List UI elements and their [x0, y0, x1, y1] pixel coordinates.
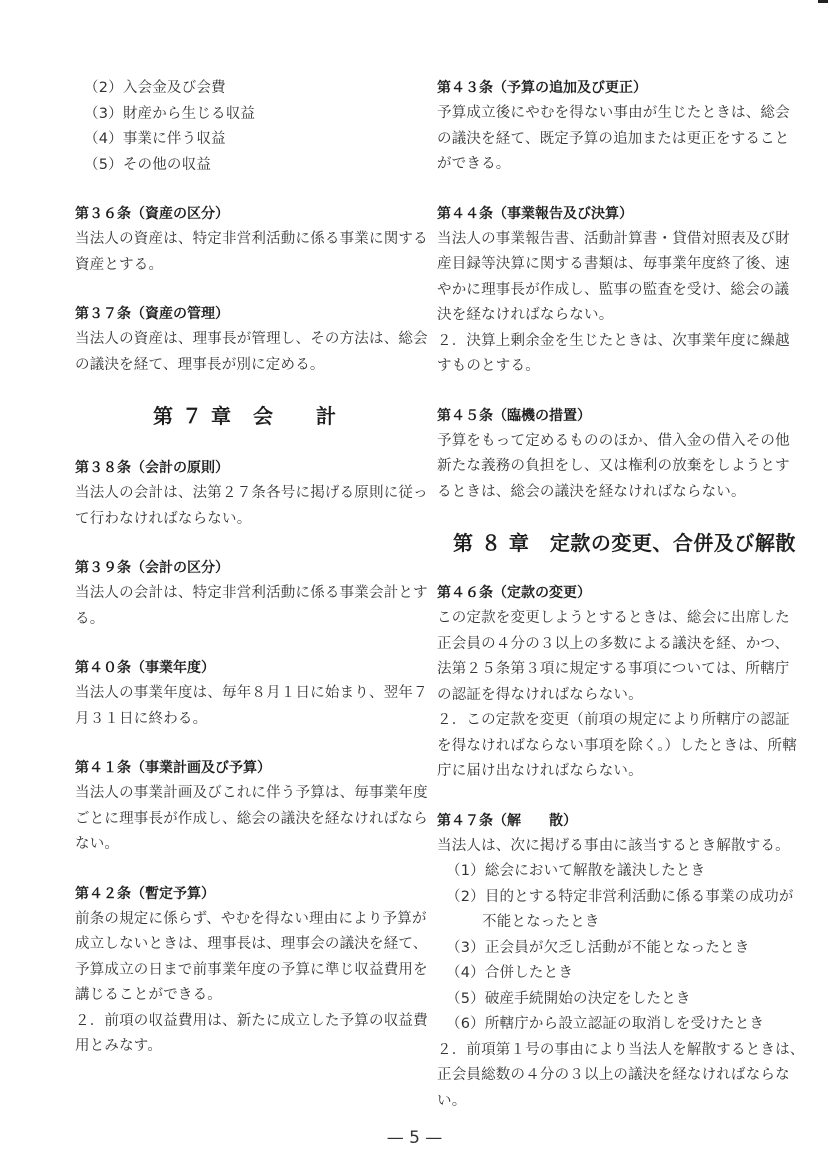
article-text: 当法人の会計は、特定非営利活動に係る事業会計とす [75, 581, 415, 607]
article-42: 第４２条（暫定予算） 前条の規定に係らず、やむを得ない理由により予算が 成立しな… [75, 882, 415, 1060]
article-text: 当法人の資産は、理事長が管理し、その方法は、総会 [75, 327, 415, 353]
scan-corner-mark [818, 0, 828, 3]
article-title: 第４３条（予算の追加及び更正） [437, 76, 782, 101]
article-text: 成立しないときは、理事長は、理事会の議決を経て、 [75, 932, 415, 958]
income-list: （2）入会金及び会費 （3）財産から生じる収益 （4）事業に伴う収益 （5）その… [75, 76, 415, 178]
right-column: 第４３条（予算の追加及び更正） 予算成立後にやむを得ない事由が生じたときは、総会… [437, 76, 782, 1114]
article-text: 当法人の会計は、法第２７条各号に掲げる原則に従っ [75, 481, 415, 507]
article-45: 第４５条（臨機の措置） 予算をもって定めるもののほか、借入金の借入その他 新たな… [437, 404, 782, 506]
article-text: ができる。 [437, 152, 782, 178]
list-item: （5）その他の収益 [75, 153, 415, 179]
article-title: 第４２条（暫定予算） [75, 882, 415, 907]
article-text: い。 [437, 1089, 782, 1115]
article-text: 法第２５条第３項に規定する事項については、所轄庁 [437, 657, 782, 683]
chapter-heading-8: 第 ８ 章 定款の変更、合併及び解散 [453, 529, 782, 557]
article-text: 予算成立の日まで前事業年度の予算に準じ収益費用を [75, 958, 415, 984]
article-title: 第４６条（定款の変更） [437, 581, 782, 606]
page-number: — 5 — [0, 1128, 829, 1148]
article-text: るときは、総会の議決を経なければならない。 [437, 480, 782, 506]
article-text: 当法人の事業報告書、活動計算書・貸借対照表及び財 [437, 227, 782, 253]
article-37: 第３７条（資産の管理） 当法人の資産は、理事長が管理し、その方法は、総会 の議決… [75, 302, 415, 378]
article-text: 産目録等決算に関する書類は、毎事業年度終了後、速 [437, 252, 782, 278]
article-text: やかに理事長が作成し、監事の監査を受け、総会の議 [437, 278, 782, 304]
article-text: 新たな義務の負担をし、又は権利の放棄をしようとす [437, 454, 782, 480]
article-text: すものとする。 [437, 354, 782, 380]
article-text: ごとに理事長が作成し、総会の議決を経なければなら [75, 807, 415, 833]
document-page: （2）入会金及び会費 （3）財産から生じる収益 （4）事業に伴う収益 （5）その… [0, 0, 829, 1167]
list-item-continuation: 不能となったとき [437, 910, 782, 936]
article-text: 庁に届け出なければならない。 [437, 759, 782, 785]
list-item: （3）正会員が欠乏し活動が不能となったとき [437, 936, 782, 962]
article-title: 第４１条（事業計画及び予算） [75, 756, 415, 781]
article-41: 第４１条（事業計画及び予算） 当法人の事業計画及びこれに伴う予算は、毎事業年度 … [75, 756, 415, 858]
article-46: 第４６条（定款の変更） この定款を変更しようとするときは、総会に出席した 正会員… [437, 581, 782, 785]
list-item: （4）合併したとき [437, 961, 782, 987]
article-text: の認証を得なければならない。 [437, 683, 782, 709]
list-item: （3）財産から生じる収益 [75, 102, 415, 128]
list-item: （1）総会において解散を議決したとき [437, 859, 782, 885]
article-text: ２．決算上剰余金を生じたときは、次事業年度に繰越 [437, 329, 782, 355]
article-43: 第４３条（予算の追加及び更正） 予算成立後にやむを得ない事由が生じたときは、総会… [437, 76, 782, 178]
article-text: ２．この定款を変更（前項の規定により所轄庁の認証 [437, 708, 782, 734]
article-title: 第４５条（臨機の措置） [437, 404, 782, 429]
article-title: 第３９条（会計の区分） [75, 556, 415, 581]
article-text: 用とみなす。 [75, 1034, 415, 1060]
article-38: 第３８条（会計の原則） 当法人の会計は、法第２７条各号に掲げる原則に従っ て行わ… [75, 456, 415, 532]
list-item: （4）事業に伴う収益 [75, 127, 415, 153]
article-title: 第３８条（会計の原則） [75, 456, 415, 481]
article-text: この定款を変更しようとするときは、総会に出席した [437, 606, 782, 632]
list-item: （2）目的とする特定非営利活動に係る事業の成功が [437, 885, 782, 911]
article-text: 月３１日に終わる。 [75, 707, 415, 733]
list-item: （2）入会金及び会費 [75, 76, 415, 102]
article-text: 当法人の事業年度は、毎年８月１日に始まり、翌年７ [75, 681, 415, 707]
article-text: て行わなければならない。 [75, 507, 415, 533]
article-text: 当法人は、次に掲げる事由に該当するとき解散する。 [437, 834, 782, 860]
article-40: 第４０条（事業年度） 当法人の事業年度は、毎年８月１日に始まり、翌年７ 月３１日… [75, 656, 415, 732]
article-text: の議決を経て、理事長が別に定める。 [75, 353, 415, 379]
list-item: （5）破産手続開始の決定をしたとき [437, 987, 782, 1013]
article-text: 予算成立後にやむを得ない事由が生じたときは、総会 [437, 101, 782, 127]
article-text: 資産とする。 [75, 253, 415, 279]
article-text: ２．前項の収益費用は、新たに成立した予算の収益費 [75, 1009, 415, 1035]
article-text: の議決を経て、既定予算の追加または更正をすること [437, 127, 782, 153]
article-text: 予算をもって定めるもののほか、借入金の借入その他 [437, 429, 782, 455]
article-text: 前条の規定に係らず、やむを得ない理由により予算が [75, 907, 415, 933]
article-text: 決を経なければならない。 [437, 303, 782, 329]
article-39: 第３９条（会計の区分） 当法人の会計は、特定非営利活動に係る事業会計とす る。 [75, 556, 415, 632]
article-title: 第３７条（資産の管理） [75, 302, 415, 327]
article-44: 第４４条（事業報告及び決算） 当法人の事業報告書、活動計算書・貸借対照表及び財 … [437, 202, 782, 380]
chapter-heading-7: 第 ７ 章 会 計 [75, 402, 415, 430]
article-36: 第３６条（資産の区分） 当法人の資産は、特定非営利活動に係る事業に関する 資産と… [75, 202, 415, 278]
article-title: 第４４条（事業報告及び決算） [437, 202, 782, 227]
article-text: を得なければならない事項を除く。）したときは、所轄 [437, 734, 782, 760]
article-text: 当法人の事業計画及びこれに伴う予算は、毎事業年度 [75, 781, 415, 807]
article-title: 第４０条（事業年度） [75, 656, 415, 681]
article-47: 第４７条（解 散） 当法人は、次に掲げる事由に該当するとき解散する。 （1）総会… [437, 809, 782, 1115]
article-text: る。 [75, 607, 415, 633]
article-text: 当法人の資産は、特定非営利活動に係る事業に関する [75, 227, 415, 253]
left-column: （2）入会金及び会費 （3）財産から生じる収益 （4）事業に伴う収益 （5）その… [75, 76, 415, 1060]
article-title: 第４７条（解 散） [437, 809, 782, 834]
article-text: 講じることができる。 [75, 983, 415, 1009]
article-text: ない。 [75, 832, 415, 858]
article-text: 正会員総数の４分の３以上の議決を経なければならな [437, 1063, 782, 1089]
article-text: 正会員の４分の３以上の多数による議決を経、かつ、 [437, 632, 782, 658]
list-item: （6）所轄庁から設立認証の取消しを受けたとき [437, 1012, 782, 1038]
article-text: ２．前項第１号の事由により当法人を解散するときは、 [437, 1038, 782, 1064]
article-title: 第３６条（資産の区分） [75, 202, 415, 227]
